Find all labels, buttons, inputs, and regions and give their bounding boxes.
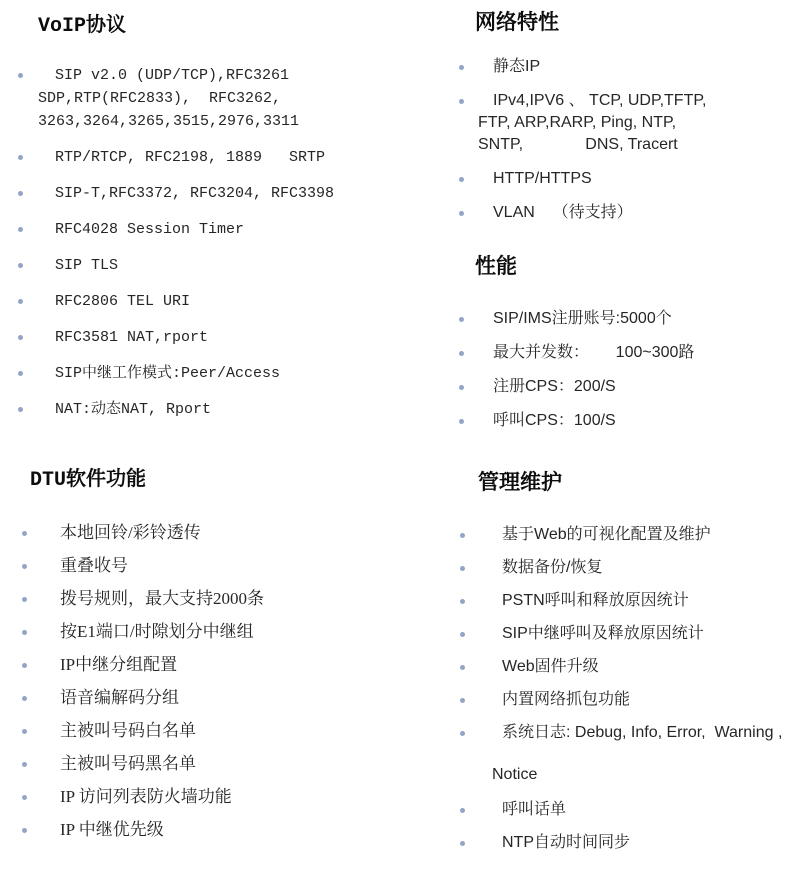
list-item: SIP中继呼叫及释放原因统计 xyxy=(455,623,800,645)
bullet-icon xyxy=(460,599,465,604)
list-item: NAT:动态NAT, Rport xyxy=(16,398,408,421)
bullet-icon xyxy=(18,371,23,376)
list-item: SIP/IMS注册账号:5000个 xyxy=(455,308,800,330)
bullet-text: 呼叫话单 xyxy=(492,799,800,821)
bullet-line: 语音编解码分组 xyxy=(60,687,408,709)
bullet-text: IPv4,IPV6 、 TCP, UDP,TFTP,FTP, ARP,RARP,… xyxy=(478,90,800,156)
bullet-text: 系统日志: Debug, Info, Error, Warning ,Notic… xyxy=(492,722,800,786)
bullet-text: SIP中继工作模式:Peer/Access xyxy=(38,362,408,385)
bullet-text: HTTP/HTTPS xyxy=(478,168,800,190)
bullet-line: 3263,3264,3265,3515,2976,3311 xyxy=(38,110,408,133)
list-item: SIP中继工作模式:Peer/Access xyxy=(16,362,408,385)
bullet-icon xyxy=(22,597,27,602)
bullet-line: 内置网络抓包功能 xyxy=(492,689,800,711)
bullet-icon xyxy=(22,762,27,767)
bullet-icon xyxy=(18,73,23,78)
list-item: IP 中继优先级 xyxy=(16,819,408,841)
list-item: PSTN呼叫和释放原因统计 xyxy=(455,590,800,612)
bullet-text: VLAN （待支持） xyxy=(478,202,800,224)
list-item: 内置网络抓包功能 xyxy=(455,689,800,711)
bullet-line: 数据备份/恢复 xyxy=(492,557,800,579)
bullet-line: RFC3581 NAT,rport xyxy=(38,326,408,349)
list-item: 按E1端口/时隙划分中继组 xyxy=(16,621,408,643)
bullet-text: 重叠收号 xyxy=(60,555,408,577)
bullet-icon xyxy=(18,407,23,412)
list-item: IP 访问列表防火墙功能 xyxy=(16,786,408,808)
bullet-icon xyxy=(460,808,465,813)
list-item: 本地回铃/彩铃透传 xyxy=(16,522,408,544)
bullet-icon xyxy=(460,632,465,637)
bullet-text: SIP中继呼叫及释放原因统计 xyxy=(492,623,800,645)
bullet-line: NAT:动态NAT, Rport xyxy=(38,398,408,421)
bullet-icon xyxy=(22,531,27,536)
bullet-icon xyxy=(18,191,23,196)
section-management-title: 管理维护 xyxy=(478,468,800,498)
bullet-line: SNTP, DNS, Tracert xyxy=(478,134,800,156)
bullet-icon xyxy=(460,566,465,571)
list-item: SIP-T,RFC3372, RFC3204, RFC3398 xyxy=(16,182,408,205)
bullet-text: 基于Web的可视化配置及维护 xyxy=(492,524,800,546)
bullet-text: 拨号规则，最大支持2000条 xyxy=(60,588,408,610)
list-item: 静态IP xyxy=(455,56,800,78)
section-performance-title: 性能 xyxy=(475,252,800,282)
bullet-line: SIP中继呼叫及释放原因统计 xyxy=(492,623,800,645)
bullet-line: SDP,RTP(RFC2833), RFC3262, xyxy=(38,87,408,110)
bullet-icon xyxy=(18,335,23,340)
bullet-icon xyxy=(460,841,465,846)
list-item: 语音编解码分组 xyxy=(16,687,408,709)
bullet-icon xyxy=(459,351,464,356)
bullet-line: 呼叫话单 xyxy=(492,799,800,821)
bullet-icon xyxy=(459,211,464,216)
bullet-text: RTP/RTCP, RFC2198, 1889 SRTP xyxy=(38,146,408,169)
list-item: 拨号规则，最大支持2000条 xyxy=(16,588,408,610)
section-dtu-list: 本地回铃/彩铃透传 重叠收号 拨号规则，最大支持2000条 按E1端口/时隙划分… xyxy=(16,522,408,841)
bullet-icon xyxy=(459,99,464,104)
bullet-text: IP 中继优先级 xyxy=(60,819,408,841)
bullet-text: 最大并发数： 100~300路 xyxy=(478,342,800,364)
bullet-line: PSTN呼叫和释放原因统计 xyxy=(492,590,800,612)
bullet-line: HTTP/HTTPS xyxy=(478,168,800,190)
section-network: 网络特性 静态IP IPv4,IPV6 、 TCP, UDP,TFTP,FTP,… xyxy=(455,8,800,236)
list-item: 基于Web的可视化配置及维护 xyxy=(455,524,800,546)
bullet-text: Web固件升级 xyxy=(492,656,800,678)
bullet-line: IP 中继优先级 xyxy=(60,819,408,841)
list-item: SIP TLS xyxy=(16,254,408,277)
bullet-text: 内置网络抓包功能 xyxy=(492,689,800,711)
bullet-icon xyxy=(460,731,465,736)
list-item: HTTP/HTTPS xyxy=(455,168,800,190)
section-performance: 性能 SIP/IMS注册账号:5000个 最大并发数： 100~300路 注册C… xyxy=(455,252,800,444)
bullet-line: 注册CPS：200/S xyxy=(478,376,800,398)
list-item: 主被叫号码白名单 xyxy=(16,720,408,742)
section-dtu-title: DTU软件功能 xyxy=(30,466,408,496)
bullet-line: SIP中继工作模式:Peer/Access xyxy=(38,362,408,385)
bullet-line: 主被叫号码白名单 xyxy=(60,720,408,742)
bullet-text: IP 访问列表防火墙功能 xyxy=(60,786,408,808)
list-item: 系统日志: Debug, Info, Error, Warning ,Notic… xyxy=(455,722,800,786)
list-item: IPv4,IPV6 、 TCP, UDP,TFTP,FTP, ARP,RARP,… xyxy=(455,90,800,156)
list-item: VLAN （待支持） xyxy=(455,202,800,224)
list-item: Web固件升级 xyxy=(455,656,800,678)
list-item: 呼叫CPS：100/S xyxy=(455,410,800,432)
section-voip: VoIP协议 SIP v2.0 (UDP/TCP),RFC3261SDP,RTP… xyxy=(16,12,408,434)
list-item: 呼叫话单 xyxy=(455,799,800,821)
bullet-line: RFC2806 TEL URI xyxy=(38,290,408,313)
bullet-line: VLAN （待支持） xyxy=(478,202,800,224)
bullet-icon xyxy=(460,665,465,670)
list-item: 主被叫号码黑名单 xyxy=(16,753,408,775)
bullet-icon xyxy=(18,299,23,304)
list-item: NTP自动时间同步 xyxy=(455,832,800,854)
bullet-icon xyxy=(22,828,27,833)
list-item: RFC4028 Session Timer xyxy=(16,218,408,241)
bullet-line: IP 访问列表防火墙功能 xyxy=(60,786,408,808)
list-item: RFC2806 TEL URI xyxy=(16,290,408,313)
bullet-icon xyxy=(22,696,27,701)
section-management-list: 基于Web的可视化配置及维护 数据备份/恢复 PSTN呼叫和释放原因统计 SIP… xyxy=(455,524,800,854)
bullet-icon xyxy=(18,263,23,268)
bullet-icon xyxy=(18,155,23,160)
bullet-line: IP中继分组配置 xyxy=(60,654,408,676)
bullet-text: SIP TLS xyxy=(38,254,408,277)
bullet-icon xyxy=(18,227,23,232)
bullet-icon xyxy=(22,630,27,635)
list-item: 数据备份/恢复 xyxy=(455,557,800,579)
list-item: 注册CPS：200/S xyxy=(455,376,800,398)
bullet-text: NAT:动态NAT, Rport xyxy=(38,398,408,421)
bullet-line: 最大并发数： 100~300路 xyxy=(478,342,800,364)
bullet-icon xyxy=(459,317,464,322)
bullet-icon xyxy=(460,698,465,703)
bullet-text: 按E1端口/时隙划分中继组 xyxy=(60,621,408,643)
bullet-icon xyxy=(459,385,464,390)
bullet-text: SIP v2.0 (UDP/TCP),RFC3261SDP,RTP(RFC283… xyxy=(38,64,408,133)
section-voip-title: VoIP协议 xyxy=(38,12,408,42)
bullet-line: SIP v2.0 (UDP/TCP),RFC3261 xyxy=(38,64,408,87)
bullet-text: 注册CPS：200/S xyxy=(478,376,800,398)
bullet-icon xyxy=(22,795,27,800)
bullet-text: RFC4028 Session Timer xyxy=(38,218,408,241)
bullet-line: 主被叫号码黑名单 xyxy=(60,753,408,775)
bullet-line: 按E1端口/时隙划分中继组 xyxy=(60,621,408,643)
bullet-text: NTP自动时间同步 xyxy=(492,832,800,854)
bullet-icon xyxy=(22,729,27,734)
bullet-line: RFC4028 Session Timer xyxy=(38,218,408,241)
section-management: 管理维护 基于Web的可视化配置及维护 数据备份/恢复 PSTN呼叫和释放原因统… xyxy=(455,468,800,865)
bullet-text: SIP-T,RFC3372, RFC3204, RFC3398 xyxy=(38,182,408,205)
bullet-icon xyxy=(459,65,464,70)
bullet-line: SIP/IMS注册账号:5000个 xyxy=(478,308,800,330)
list-item: 最大并发数： 100~300路 xyxy=(455,342,800,364)
page: { "colors": { "background": "#ffffff", "… xyxy=(0,0,800,887)
list-item: RFC3581 NAT,rport xyxy=(16,326,408,349)
bullet-line: 本地回铃/彩铃透传 xyxy=(60,522,408,544)
bullet-line: SIP TLS xyxy=(38,254,408,277)
section-voip-list: SIP v2.0 (UDP/TCP),RFC3261SDP,RTP(RFC283… xyxy=(16,64,408,421)
bullet-line: 基于Web的可视化配置及维护 xyxy=(492,524,800,546)
bullet-line: 静态IP xyxy=(478,56,800,78)
list-item: IP中继分组配置 xyxy=(16,654,408,676)
list-item: SIP v2.0 (UDP/TCP),RFC3261SDP,RTP(RFC283… xyxy=(16,64,408,133)
bullet-text: RFC2806 TEL URI xyxy=(38,290,408,313)
bullet-icon xyxy=(22,663,27,668)
bullet-line: Notice xyxy=(492,764,800,786)
bullet-line: 系统日志: Debug, Info, Error, Warning , xyxy=(492,722,800,744)
bullet-line: Web固件升级 xyxy=(492,656,800,678)
bullet-text: 呼叫CPS：100/S xyxy=(478,410,800,432)
section-network-title: 网络特性 xyxy=(475,8,800,38)
bullet-icon xyxy=(22,564,27,569)
bullet-line: NTP自动时间同步 xyxy=(492,832,800,854)
bullet-icon xyxy=(459,177,464,182)
bullet-text: 主被叫号码黑名单 xyxy=(60,753,408,775)
bullet-line: 拨号规则，最大支持2000条 xyxy=(60,588,408,610)
bullet-text: 语音编解码分组 xyxy=(60,687,408,709)
list-item: 重叠收号 xyxy=(16,555,408,577)
bullet-icon xyxy=(460,533,465,538)
bullet-line: RTP/RTCP, RFC2198, 1889 SRTP xyxy=(38,146,408,169)
section-dtu: DTU软件功能 本地回铃/彩铃透传 重叠收号 拨号规则，最大支持2000条 按E… xyxy=(16,466,408,852)
bullet-text: 本地回铃/彩铃透传 xyxy=(60,522,408,544)
section-network-list: 静态IP IPv4,IPV6 、 TCP, UDP,TFTP,FTP, ARP,… xyxy=(455,56,800,224)
list-item: RTP/RTCP, RFC2198, 1889 SRTP xyxy=(16,146,408,169)
bullet-text: SIP/IMS注册账号:5000个 xyxy=(478,308,800,330)
bullet-text: 数据备份/恢复 xyxy=(492,557,800,579)
bullet-icon xyxy=(459,419,464,424)
bullet-text: PSTN呼叫和释放原因统计 xyxy=(492,590,800,612)
bullet-text: RFC3581 NAT,rport xyxy=(38,326,408,349)
bullet-text: 静态IP xyxy=(478,56,800,78)
bullet-text: IP中继分组配置 xyxy=(60,654,408,676)
bullet-line: FTP, ARP,RARP, Ping, NTP, xyxy=(478,112,800,134)
bullet-line: 呼叫CPS：100/S xyxy=(478,410,800,432)
section-performance-list: SIP/IMS注册账号:5000个 最大并发数： 100~300路 注册CPS：… xyxy=(455,308,800,432)
bullet-line: SIP-T,RFC3372, RFC3204, RFC3398 xyxy=(38,182,408,205)
bullet-line: IPv4,IPV6 、 TCP, UDP,TFTP, xyxy=(478,90,800,112)
bullet-line: 重叠收号 xyxy=(60,555,408,577)
bullet-text: 主被叫号码白名单 xyxy=(60,720,408,742)
